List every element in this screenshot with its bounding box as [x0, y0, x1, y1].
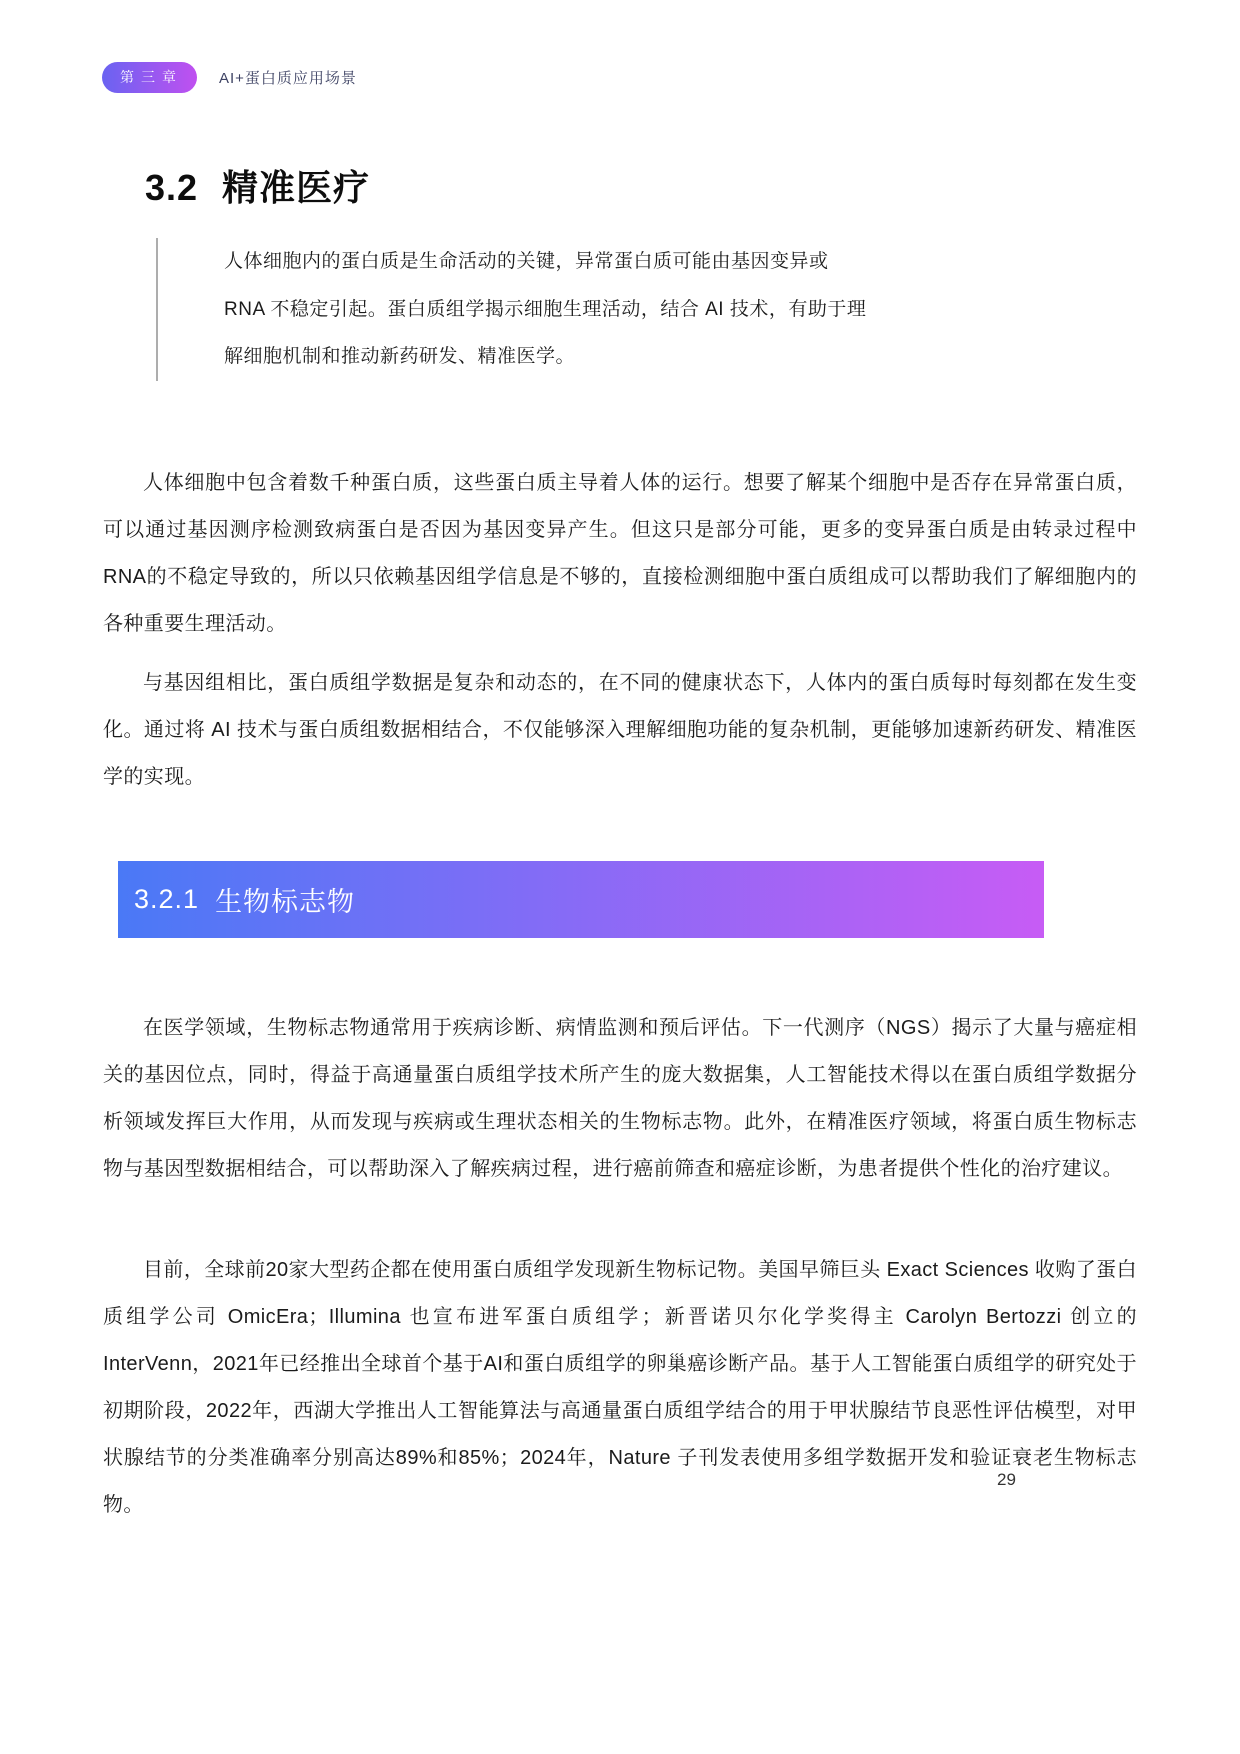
section-number: 3.2	[145, 167, 198, 209]
quote-line: 人体细胞内的蛋白质是生命活动的关键，异常蛋白质可能由基因变异或	[224, 238, 866, 286]
body-paragraph-1: 在医学领域，生物标志物通常用于疾病诊断、病情监测和预后评估。下一代测序（NGS）…	[103, 1005, 1137, 1193]
document-page: 第三章 AI+蛋白质应用场景 3.2 精准医疗 人体细胞内的蛋白质是生命活动的关…	[0, 0, 1240, 1754]
chapter-header-title: AI+蛋白质应用场景	[219, 67, 357, 88]
chapter-header: 第三章 AI+蛋白质应用场景	[102, 62, 357, 93]
quote-line: 解细胞机制和推动新药研发、精准医学。	[224, 333, 866, 381]
body-paragraph-2: 目前，全球前20家大型药企都在使用蛋白质组学发现新生物标记物。美国早筛巨头 Ex…	[103, 1247, 1137, 1529]
intro-paragraph-2: 与基因组相比，蛋白质组学数据是复杂和动态的，在不同的健康状态下，人体内的蛋白质每…	[103, 660, 1137, 801]
intro-paragraph-1: 人体细胞中包含着数千种蛋白质，这些蛋白质主导着人体的运行。想要了解某个细胞中是否…	[103, 460, 1137, 648]
subsection-banner: 3.2.1 生物标志物	[118, 861, 1044, 938]
quote-line: RNA 不稳定引起。蛋白质组学揭示细胞生理活动，结合 AI 技术，有助于理	[224, 286, 866, 334]
section-title-text: 精准医疗	[222, 160, 370, 211]
subsection-title-text: 生物标志物	[215, 880, 355, 919]
page-number: 29	[997, 1470, 1016, 1490]
quote-block: 人体细胞内的蛋白质是生命活动的关键，异常蛋白质可能由基因变异或 RNA 不稳定引…	[156, 238, 866, 381]
chapter-badge: 第三章	[102, 62, 197, 93]
subsection-number: 3.2.1	[134, 884, 199, 915]
section-title: 3.2 精准医疗	[145, 160, 370, 211]
